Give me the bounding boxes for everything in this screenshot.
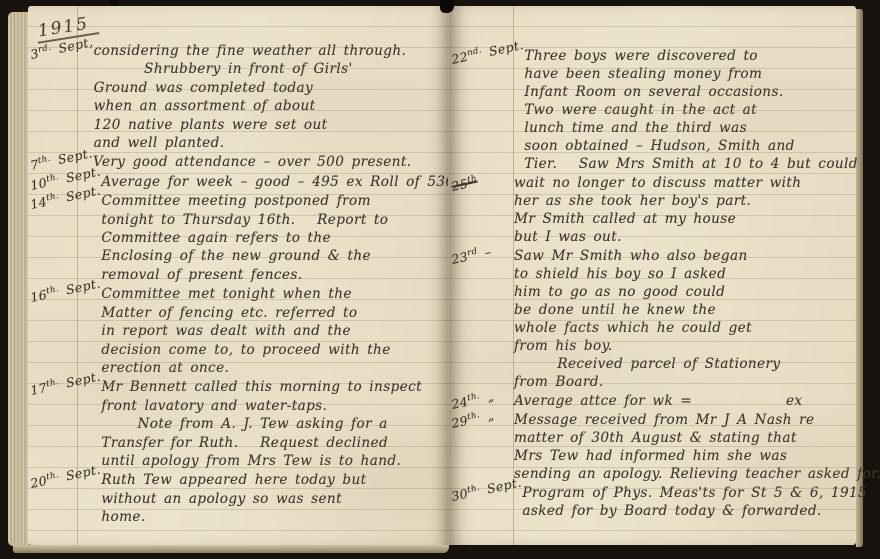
entry-date-month: Sept. xyxy=(58,369,102,392)
entry-text: Very good attendance – over 500 present. xyxy=(93,153,442,171)
entry-line: and well planted. xyxy=(94,134,442,152)
journal-entry: 20th. Sept.Ruth Tew appeared here today … xyxy=(30,471,442,526)
entry-line: in report was dealt with and the xyxy=(101,322,442,340)
entry-line: to shield his boy so I asked xyxy=(514,265,854,283)
entry-line: front lavatory and water-taps. xyxy=(101,397,442,415)
entry-line: have been stealing money from xyxy=(524,65,854,83)
entry-line: Message received from Mr J A Nash re xyxy=(514,411,854,429)
entry-text: wait no longer to discuss matter withher… xyxy=(514,174,854,246)
entry-line: without an apology so was sent xyxy=(101,490,442,508)
entry-line: be done until he knew the xyxy=(514,301,854,319)
entry-line: her as she took her boy's part. xyxy=(514,192,854,210)
page-stack-edge-left xyxy=(8,12,29,546)
entry-line: sending an apology. Relieving teacher as… xyxy=(514,465,854,483)
entry-line: Infant Room on several occasions. xyxy=(524,83,854,101)
journal-entry: 3rd. Sept,considering the fine weather a… xyxy=(30,42,442,152)
entry-text: Message received from Mr J A Nash rematt… xyxy=(514,411,854,483)
entry-line: erection at once. xyxy=(101,359,442,377)
entry-line: until apology from Mrs Tew is to hand. xyxy=(101,452,442,470)
entry-line: Average for week – good – 495 ex Roll of… xyxy=(101,173,442,191)
logbook-photo: 1915 3rd. Sept,considering the fine weat… xyxy=(0,0,880,559)
entry-text: Average for week – good – 495 ex Roll of… xyxy=(101,173,442,191)
entry-line: Saw Mr Smith who also began xyxy=(514,247,854,265)
entry-date-month: Sept. xyxy=(481,37,525,60)
entry-text: Program of Phys. Meas'ts for St 5 & 6, 1… xyxy=(522,484,854,520)
entry-date-month: „ xyxy=(479,407,496,425)
entry-text: Mr Bennett called this morning to inspec… xyxy=(101,378,442,470)
entry-line: Committee again refers to the xyxy=(101,229,442,247)
entry-text: Committee met tonight when theMatter of … xyxy=(101,285,442,377)
entry-line: Mr Bennett called this morning to inspec… xyxy=(101,378,442,396)
entry-line: Ruth Tew appeared here today but xyxy=(101,471,442,489)
entry-date-month: – xyxy=(476,244,492,261)
entry-line: when an assortment of about xyxy=(94,97,442,115)
entry-text: Three boys were discovered tohave been s… xyxy=(524,47,854,173)
entry-line: Received parcel of Stationery xyxy=(514,355,854,373)
entry-line: Committee meeting postponed from xyxy=(101,192,442,210)
left-page-entries: 3rd. Sept,considering the fine weather a… xyxy=(30,42,442,528)
entry-line: considering the fine weather all through… xyxy=(94,42,442,60)
entry-date-month: Sept, xyxy=(50,34,94,57)
entry-date-month: Sept. xyxy=(58,462,102,485)
entry-line: Mr Smith called at my house xyxy=(514,210,854,228)
entry-line: asked for by Board today & forwarded. xyxy=(522,502,854,520)
entry-text: Ruth Tew appeared here today butwithout … xyxy=(101,471,442,526)
journal-entry: 30th. Sept.Program of Phys. Meas'ts for … xyxy=(451,484,854,520)
entry-line: 120 native plants were set out xyxy=(94,116,442,134)
entry-line: soon obtained – Hudson, Smith and xyxy=(524,137,854,155)
entry-date-month: Sept. xyxy=(479,474,523,497)
entry-line: tonight to Thursday 16th. Report to xyxy=(101,211,442,229)
entry-line: Enclosing of the new ground & the xyxy=(101,247,442,265)
entry-line: him to go as no good could xyxy=(514,283,854,301)
entry-line: Transfer for Ruth. Request declined xyxy=(101,434,442,452)
entry-line: decision come to, to proceed with the xyxy=(101,341,442,359)
page-stack-edge-bottom xyxy=(13,545,449,553)
entry-line: but I was out. xyxy=(514,228,854,246)
entry-text: Saw Mr Smith who also beganto shield his… xyxy=(514,247,854,391)
entry-line: Average attce for wk = ex xyxy=(514,392,854,410)
entry-date-month: Sept. xyxy=(58,276,102,299)
entry-line: wait no longer to discuss matter with xyxy=(514,174,854,192)
entry-line: Three boys were discovered to xyxy=(524,47,854,65)
left-page: 1915 3rd. Sept,considering the fine weat… xyxy=(28,6,448,545)
entry-line: Shrubbery in front of Girls' xyxy=(94,60,442,78)
entry-line: from Board. xyxy=(514,373,854,391)
right-page-entries: 22nd. Sept.Three boys were discovered to… xyxy=(451,47,854,521)
entry-line: matter of 30th August & stating that xyxy=(514,429,854,447)
entry-line: Committee met tonight when the xyxy=(101,285,442,303)
entry-line: Program of Phys. Meas'ts for St 5 & 6, 1… xyxy=(522,484,854,502)
entry-line: lunch time and the third was xyxy=(524,119,854,137)
entry-line: home. xyxy=(101,508,442,526)
entry-line: whole facts which he could get xyxy=(514,319,854,337)
entry-line: removal of present fences. xyxy=(101,266,442,284)
entry-line: Mrs Tew had informed him she was xyxy=(514,447,854,465)
journal-entry: 23rd –Saw Mr Smith who also beganto shie… xyxy=(451,247,854,391)
entry-date-suffix: th xyxy=(466,174,478,186)
entry-date-month: Sept. xyxy=(58,183,102,206)
entry-date: 22nd. Sept. xyxy=(449,32,524,64)
entry-line: Tier. Saw Mrs Smith at 10 to 4 but could xyxy=(524,155,854,173)
entry-line: Two were caught in the act at xyxy=(524,101,854,119)
journal-entry: 22nd. Sept.Three boys were discovered to… xyxy=(451,47,854,173)
journal-entry: 25thwait no longer to discuss matter wit… xyxy=(451,174,854,246)
entry-line: Ground was completed today xyxy=(94,79,442,97)
right-page: 22nd. Sept.Three boys were discovered to… xyxy=(448,6,856,545)
entry-text: Committee meeting postponed fromtonight … xyxy=(101,192,442,284)
entry-text: Average attce for wk = ex xyxy=(514,392,854,410)
entry-text: considering the fine weather all through… xyxy=(94,42,442,152)
entry-line: from his boy. xyxy=(514,337,854,355)
entry-line: Note from A. J. Tew asking for a xyxy=(101,415,442,433)
entry-line: Very good attendance – over 500 present. xyxy=(93,153,442,171)
entry-line: Matter of fencing etc. referred to xyxy=(101,304,442,322)
